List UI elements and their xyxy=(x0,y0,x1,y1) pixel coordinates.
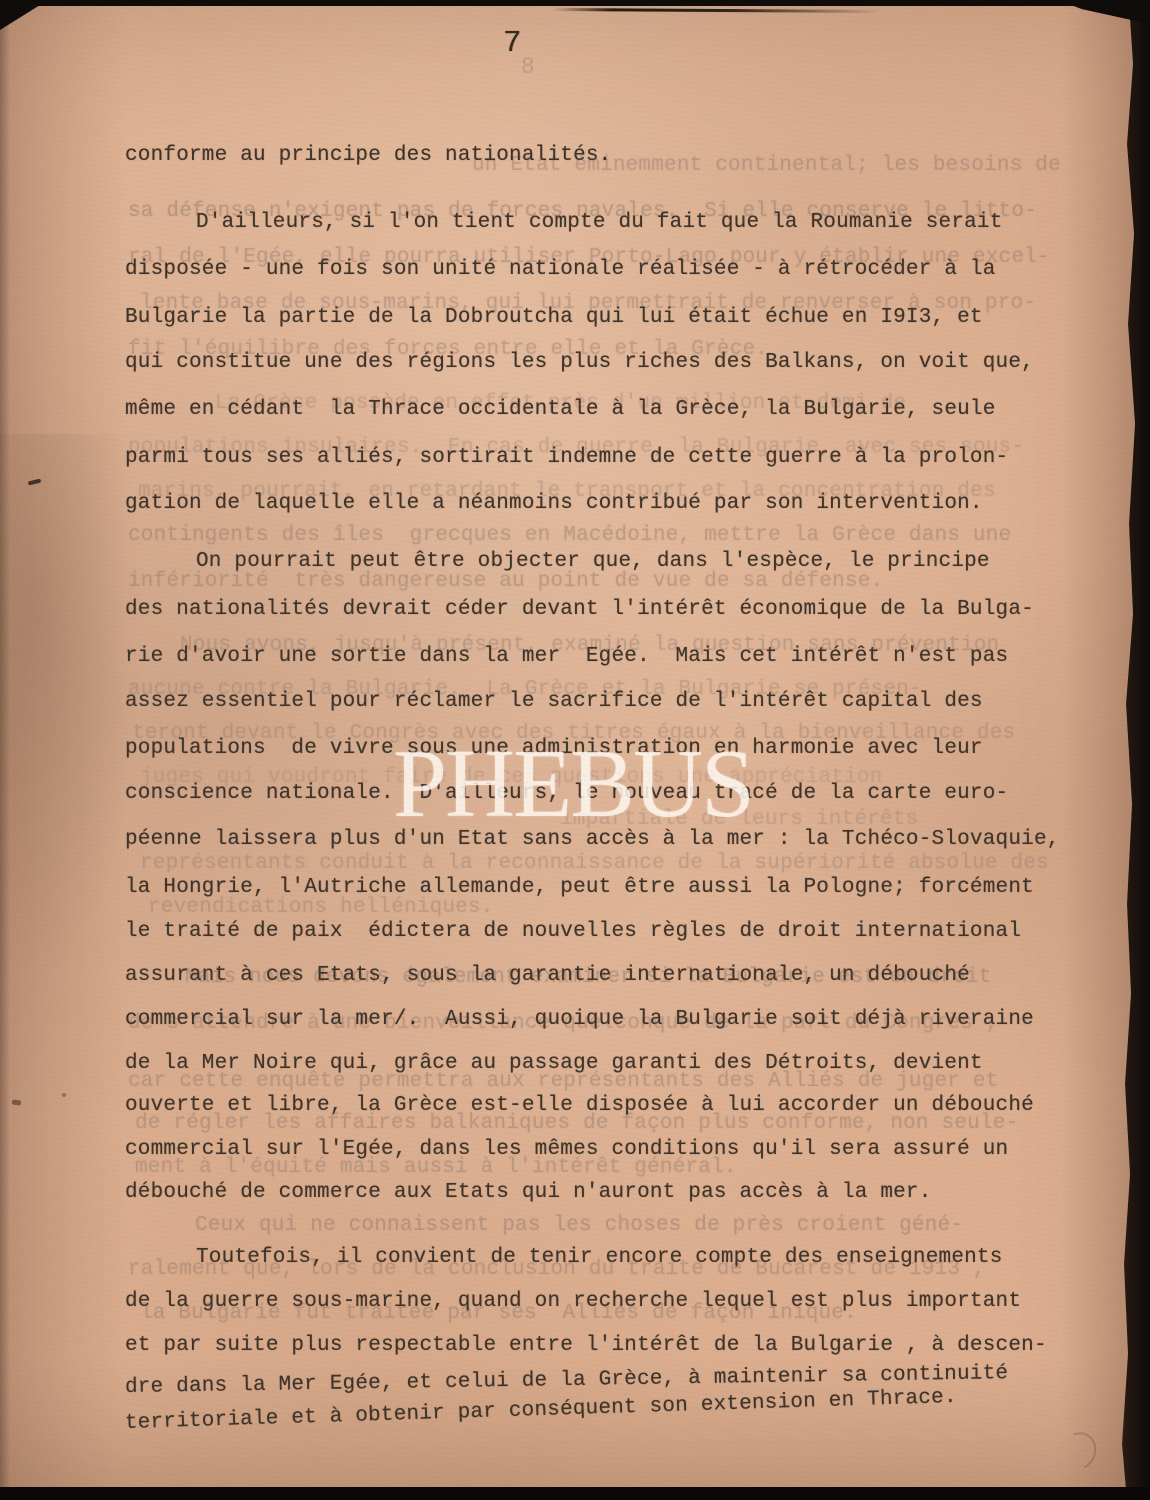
left-edge-shadow xyxy=(0,0,10,1500)
typed-line: gation de laquelle elle a néanmoins cont… xyxy=(125,492,983,515)
typed-line: même en cédant la Thrace occidentale à l… xyxy=(125,398,996,421)
typed-line: de la Mer Noire qui, grâce au passage ga… xyxy=(125,1052,983,1075)
typed-line: commercial sur la mer/. Aussi, quoique l… xyxy=(125,1008,1034,1031)
typed-line: ouverte et libre, la Grèce est-elle disp… xyxy=(125,1094,1034,1117)
top-scan-edge xyxy=(0,0,1150,6)
typed-line: Bulgarie la partie de la Dobroutcha qui … xyxy=(125,306,983,329)
typed-line: la Hongrie, l'Autriche allemande, peut ê… xyxy=(125,876,1034,899)
typed-line: assurant à ces Etats, sous la garantie i… xyxy=(125,964,970,987)
ink-speck xyxy=(12,1099,22,1105)
scanned-document-page: 7 8 un Etat éminemment continental; les … xyxy=(0,0,1150,1500)
watermark: PHEBUS xyxy=(393,728,753,839)
typed-line: rie d'avoir une sortie dans la mer Egée.… xyxy=(125,645,1008,668)
typed-line: On pourrait peut être objecter que, dans… xyxy=(196,550,990,573)
typed-line: D'ailleurs, si l'on tient compte du fait… xyxy=(196,211,1003,234)
ink-speck xyxy=(62,1093,66,1097)
typed-line: débouché de commerce aux Etats qui n'aur… xyxy=(125,1181,932,1204)
typed-line: disposée - une fois son unité nationale … xyxy=(125,258,996,281)
paper: 7 8 un Etat éminemment continental; les … xyxy=(0,4,1140,1490)
typed-line: commercial sur l'Egée, dans les mêmes co… xyxy=(125,1138,1008,1161)
typed-line: parmi tous ses alliés, sortirait indemne… xyxy=(125,446,1008,469)
typed-line: assez essentiel pour réclamer le sacrifi… xyxy=(125,690,983,713)
typed-line: de la guerre sous-marine, quand on reche… xyxy=(125,1290,1021,1313)
typed-line: qui constitue une des régions les plus r… xyxy=(125,351,1034,374)
typed-line: des nationalités devrait céder devant l'… xyxy=(125,598,1034,621)
typed-line: le traité de paix édictera de nouvelles … xyxy=(125,920,1021,943)
typed-line: Toutefois, il convient de tenir encore c… xyxy=(196,1246,1003,1269)
bottom-scan-edge xyxy=(0,1487,1150,1500)
typed-line: et par suite plus respectable entre l'in… xyxy=(125,1334,1047,1357)
typed-line: conforme au principe des nationalités. xyxy=(125,144,611,167)
